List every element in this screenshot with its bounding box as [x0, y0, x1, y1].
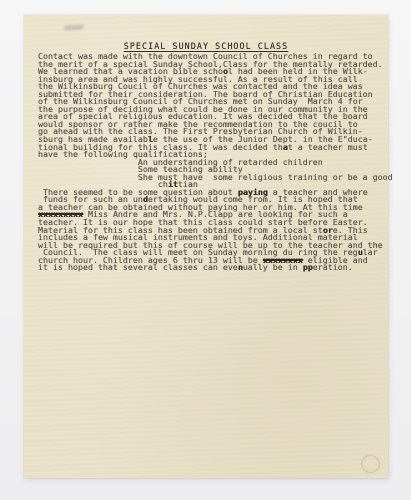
typewritten-line: She must have some religious training or…: [38, 174, 382, 182]
typewritten-line: it is hoped that several classes can eve…: [38, 264, 382, 272]
pencil-smudge: [64, 24, 84, 30]
embossed-seal-mark: [361, 455, 380, 473]
overstruck-text: pp: [303, 262, 313, 272]
document-body: Contact was made with the downtown Counc…: [38, 53, 382, 272]
document-page: SPECIAL SUNDAY SCHOOL CLASS Contact was …: [24, 15, 388, 478]
document-title: SPECIAL SUNDAY SCHOOL CLASS: [24, 41, 388, 51]
text-segment: ually be in: [243, 262, 303, 272]
text-segment: t a teacher must: [288, 142, 368, 152]
text-segment: it is hoped that several classes can eve: [38, 262, 238, 272]
text-segment: eration.: [313, 262, 353, 272]
